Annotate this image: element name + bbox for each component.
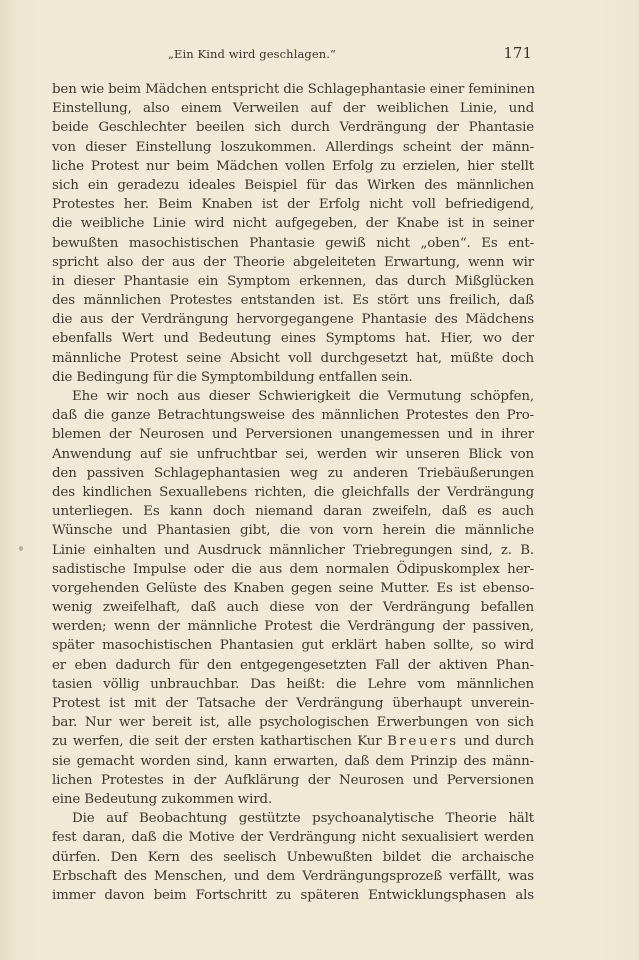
text-line: Anwendung auf sie unfruchtbar sei, werde… — [52, 445, 534, 464]
text-line: sich ein geradezu ideales Beispiel für d… — [52, 176, 534, 195]
text-line: wenig zweifelhaft, daß auch diese von de… — [52, 598, 534, 617]
text-line: ben wie beim Mädchen entspricht die Schl… — [52, 80, 534, 99]
text-line: er eben dadurch für den entgegengesetzte… — [52, 656, 534, 675]
text-line: zu werfen, die seit der ersten kathartis… — [52, 732, 534, 751]
running-head: „Ein Kind wird geschlagen.“ 171 — [52, 44, 532, 64]
text-line: den passiven Schlagephantasien weg zu an… — [52, 464, 534, 483]
text-line: immer davon beim Fortschritt zu späteren… — [52, 886, 534, 905]
spaced-name: Breuers — [387, 734, 459, 749]
text-line: liche Protest nur beim Mädchen vollen Er… — [52, 157, 534, 176]
text-line: vorgehenden Gelüste des Knaben gegen sei… — [52, 579, 534, 598]
text-line: später masochistischen Phantasien gut er… — [52, 636, 534, 655]
page-number: 171 — [503, 44, 532, 62]
text-line: Wünsche und Phantasien gibt, die von vor… — [52, 521, 534, 540]
text-line: spricht also der aus der Theorie abgelei… — [52, 253, 534, 272]
text-line: des kindlichen Sexuallebens richten, die… — [52, 483, 534, 502]
text-line: bewußten masochistischen Phantasie gewiß… — [52, 234, 534, 253]
text-line: Linie einhalten und Ausdruck männlicher … — [52, 541, 534, 560]
body-text: ben wie beim Mädchen entspricht die Schl… — [52, 80, 534, 905]
text-line: ebenfalls Wert und Bedeutung eines Sympt… — [52, 329, 534, 348]
text-line: Erbschaft des Menschen, und dem Verdräng… — [52, 867, 534, 886]
text-line: die aus der Verdrängung hervorgegangene … — [52, 310, 534, 329]
text-line: dürfen. Den Kern des seelisch Unbewußten… — [52, 848, 534, 867]
text-line: männliche Protest seine Absicht voll dur… — [52, 349, 534, 368]
text-line: die weibliche Linie wird nicht aufgegebe… — [52, 214, 534, 233]
text-line: fest daran, daß die Motive der Verdrängu… — [52, 828, 534, 847]
text-line: eine Bedeutung zukommen wird. — [52, 790, 534, 809]
paragraph: Die auf Beobachtung gestützte psychoanal… — [52, 809, 534, 905]
text-line: von dieser Einstellung loszukommen. Alle… — [52, 138, 534, 157]
text-line: sadistische Impulse oder die aus dem nor… — [52, 560, 534, 579]
text-line: sie gemacht worden sind, kann erwarten, … — [52, 752, 534, 771]
text-line: werden; wenn der männliche Protest die V… — [52, 617, 534, 636]
text-line: blemen der Neurosen und Perversionen una… — [52, 425, 534, 444]
text-line: unterliegen. Es kann doch niemand daran … — [52, 502, 534, 521]
text-line: beide Geschlechter beeilen sich durch Ve… — [52, 118, 534, 137]
text-line: des männlichen Protestes entstanden ist.… — [52, 291, 534, 310]
paragraph: Ehe wir noch aus dieser Schwierigkeit di… — [52, 387, 534, 809]
text-line: lichen Protestes in der Aufklärung der N… — [52, 771, 534, 790]
text-line: Einstellung, also einem Verweilen auf de… — [52, 99, 534, 118]
text-line: in dieser Phantasie ein Symptom erkennen… — [52, 272, 534, 291]
text-line: Protest ist mit der Tatsache der Verdrän… — [52, 694, 534, 713]
text-line: die Bedingung für die Symptombildung ent… — [52, 368, 534, 387]
paragraph: ben wie beim Mädchen entspricht die Schl… — [52, 80, 534, 387]
running-title: „Ein Kind wird geschlagen.“ — [52, 47, 452, 61]
text-line: tasien völlig unbrauchbar. Das heißt: di… — [52, 675, 534, 694]
text-line: Die auf Beobachtung gestützte psychoanal… — [52, 809, 534, 828]
text-line: bar. Nur wer bereit ist, alle psychologi… — [52, 713, 534, 732]
paper-speck — [19, 546, 23, 551]
text-line: Ehe wir noch aus dieser Schwierigkeit di… — [52, 387, 534, 406]
text-line: Protestes her. Beim Knaben ist der Erfol… — [52, 195, 534, 214]
text-line: daß die ganze Betrachtungsweise des männ… — [52, 406, 534, 425]
book-page: „Ein Kind wird geschlagen.“ 171 ben wie … — [0, 0, 639, 960]
